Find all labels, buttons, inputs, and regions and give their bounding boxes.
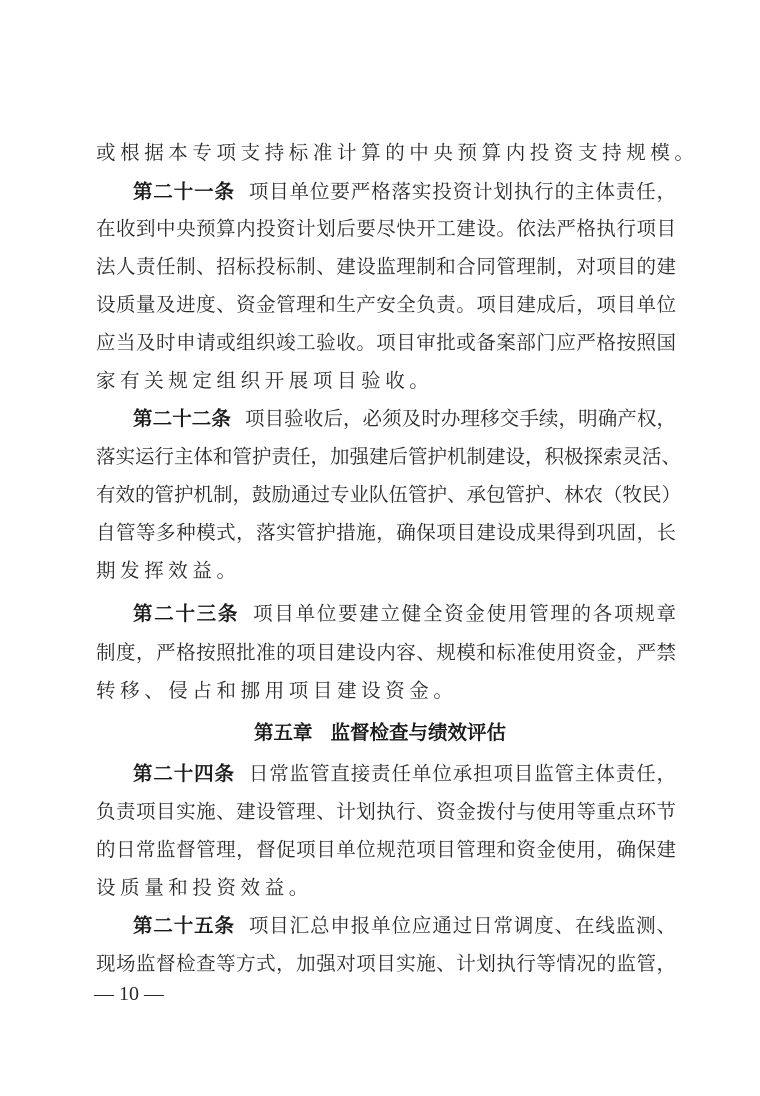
- line-text: 项目汇总申报单位应通过日常调度、在线监测、: [249, 914, 676, 937]
- text-line: 在收到中央预算内投资计划后要尽快开工建设。依法严格执行项目: [96, 217, 676, 241]
- line-text: 法人责任制、招标投标制、建设监理制和合同管理制，对项目的建: [96, 255, 676, 278]
- text-line: 的日常监督管理，督促项目单位规范项目管理和资金使用，确保建: [96, 838, 676, 862]
- article-first-line: 第二十二条项目验收后，必须及时办理移交手续，明确产权，: [133, 407, 676, 431]
- line-text: 转移、侵占和挪用项目建设资金。: [96, 679, 458, 702]
- article-label: 第二十四条: [133, 762, 235, 785]
- article-label: 第二十五条: [133, 914, 235, 937]
- text-line: 应当及时申请或组织竣工验收。项目审批或备案部门应严格按照国: [96, 331, 676, 355]
- chapter-title: 监督检查与绩效评估: [331, 721, 507, 744]
- article-label: 第二十一条: [133, 180, 235, 203]
- text-line: 设质量和投资效益。: [96, 876, 676, 900]
- line-text: 现场监督检查等方式，加强对项目实施、计划执行等情况的监管，: [96, 952, 676, 975]
- text-line: 法人责任制、招标投标制、建设监理制和合同管理制，对项目的建: [96, 255, 676, 279]
- line-text: 或根据本专项支持标准计算的中央预算内投资支持规模。: [96, 141, 699, 164]
- line-text: 的日常监督管理，督促项目单位规范项目管理和资金使用，确保建: [96, 838, 676, 861]
- line-text: 设质量及进度、资金管理和生产安全负责。项目建成后，项目单位: [96, 293, 676, 316]
- page-number: — 10 —: [94, 983, 164, 1006]
- line-text: 项目单位要严格落实投资计划执行的主体责任，: [249, 180, 676, 203]
- line-text: 设质量和投资效益。: [96, 876, 313, 899]
- article-first-line: 第二十三条项目单位要建立健全资金使用管理的各项规章: [133, 602, 676, 626]
- text-line: 自管等多种模式，落实管护措施，确保项目建设成果得到巩固，长: [96, 521, 676, 545]
- text-line: 期发挥效益。: [96, 559, 676, 583]
- line-text: 期发挥效益。: [96, 559, 241, 582]
- line-text: 自管等多种模式，落实管护措施，确保项目建设成果得到巩固，长: [96, 521, 676, 544]
- line-text: 项目验收后，必须及时办理移交手续，明确产权，: [245, 407, 676, 430]
- text-line: 现场监督检查等方式，加强对项目实施、计划执行等情况的监管，: [96, 952, 676, 976]
- line-text: 应当及时申请或组织竣工验收。项目审批或备案部门应严格按照国: [96, 331, 676, 354]
- line-text: 负责项目实施、建设管理、计划执行、资金拨付与使用等重点环节: [96, 800, 676, 823]
- article-first-line: 第二十一条项目单位要严格落实投资计划执行的主体责任，: [133, 180, 676, 204]
- text-line: 有效的管护机制，鼓励通过专业队伍管护、承包管护、林农（牧民）: [96, 483, 676, 507]
- article-label: 第二十三条: [133, 602, 239, 625]
- line-text: 有效的管护机制，鼓励通过专业队伍管护、承包管护、林农（牧民）: [96, 483, 681, 506]
- line-text: 在收到中央预算内投资计划后要尽快开工建设。依法严格执行项目: [96, 217, 676, 240]
- text-line: 或根据本专项支持标准计算的中央预算内投资支持规模。: [96, 141, 676, 165]
- text-line: 转移、侵占和挪用项目建设资金。: [96, 679, 676, 703]
- line-text: 家有关规定组织开展项目验收。: [96, 369, 433, 392]
- text-line: 落实运行主体和管护责任，加强建后管护机制建设，积极探索灵活、: [96, 445, 676, 469]
- article-label: 第二十二条: [133, 407, 231, 430]
- text-line: 制度，严格按照批准的项目建设内容、规模和标准使用资金，严禁: [96, 641, 676, 665]
- line-text: 日常监管直接责任单位承担项目监管主体责任，: [249, 762, 676, 785]
- text-line: 家有关规定组织开展项目验收。: [96, 369, 676, 393]
- article-first-line: 第二十四条日常监管直接责任单位承担项目监管主体责任，: [133, 762, 676, 786]
- chapter-number: 第五章: [254, 721, 313, 744]
- chapter-heading: 第五章监督检查与绩效评估: [0, 721, 760, 745]
- text-line: 负责项目实施、建设管理、计划执行、资金拨付与使用等重点环节: [96, 800, 676, 824]
- line-text: 项目单位要建立健全资金使用管理的各项规章: [253, 602, 676, 625]
- text-line: 设质量及进度、资金管理和生产安全负责。项目建成后，项目单位: [96, 293, 676, 317]
- line-text: 落实运行主体和管护责任，加强建后管护机制建设，积极探索灵活、: [96, 445, 681, 468]
- line-text: 制度，严格按照批准的项目建设内容、规模和标准使用资金，严禁: [96, 641, 676, 664]
- article-first-line: 第二十五条项目汇总申报单位应通过日常调度、在线监测、: [133, 914, 676, 938]
